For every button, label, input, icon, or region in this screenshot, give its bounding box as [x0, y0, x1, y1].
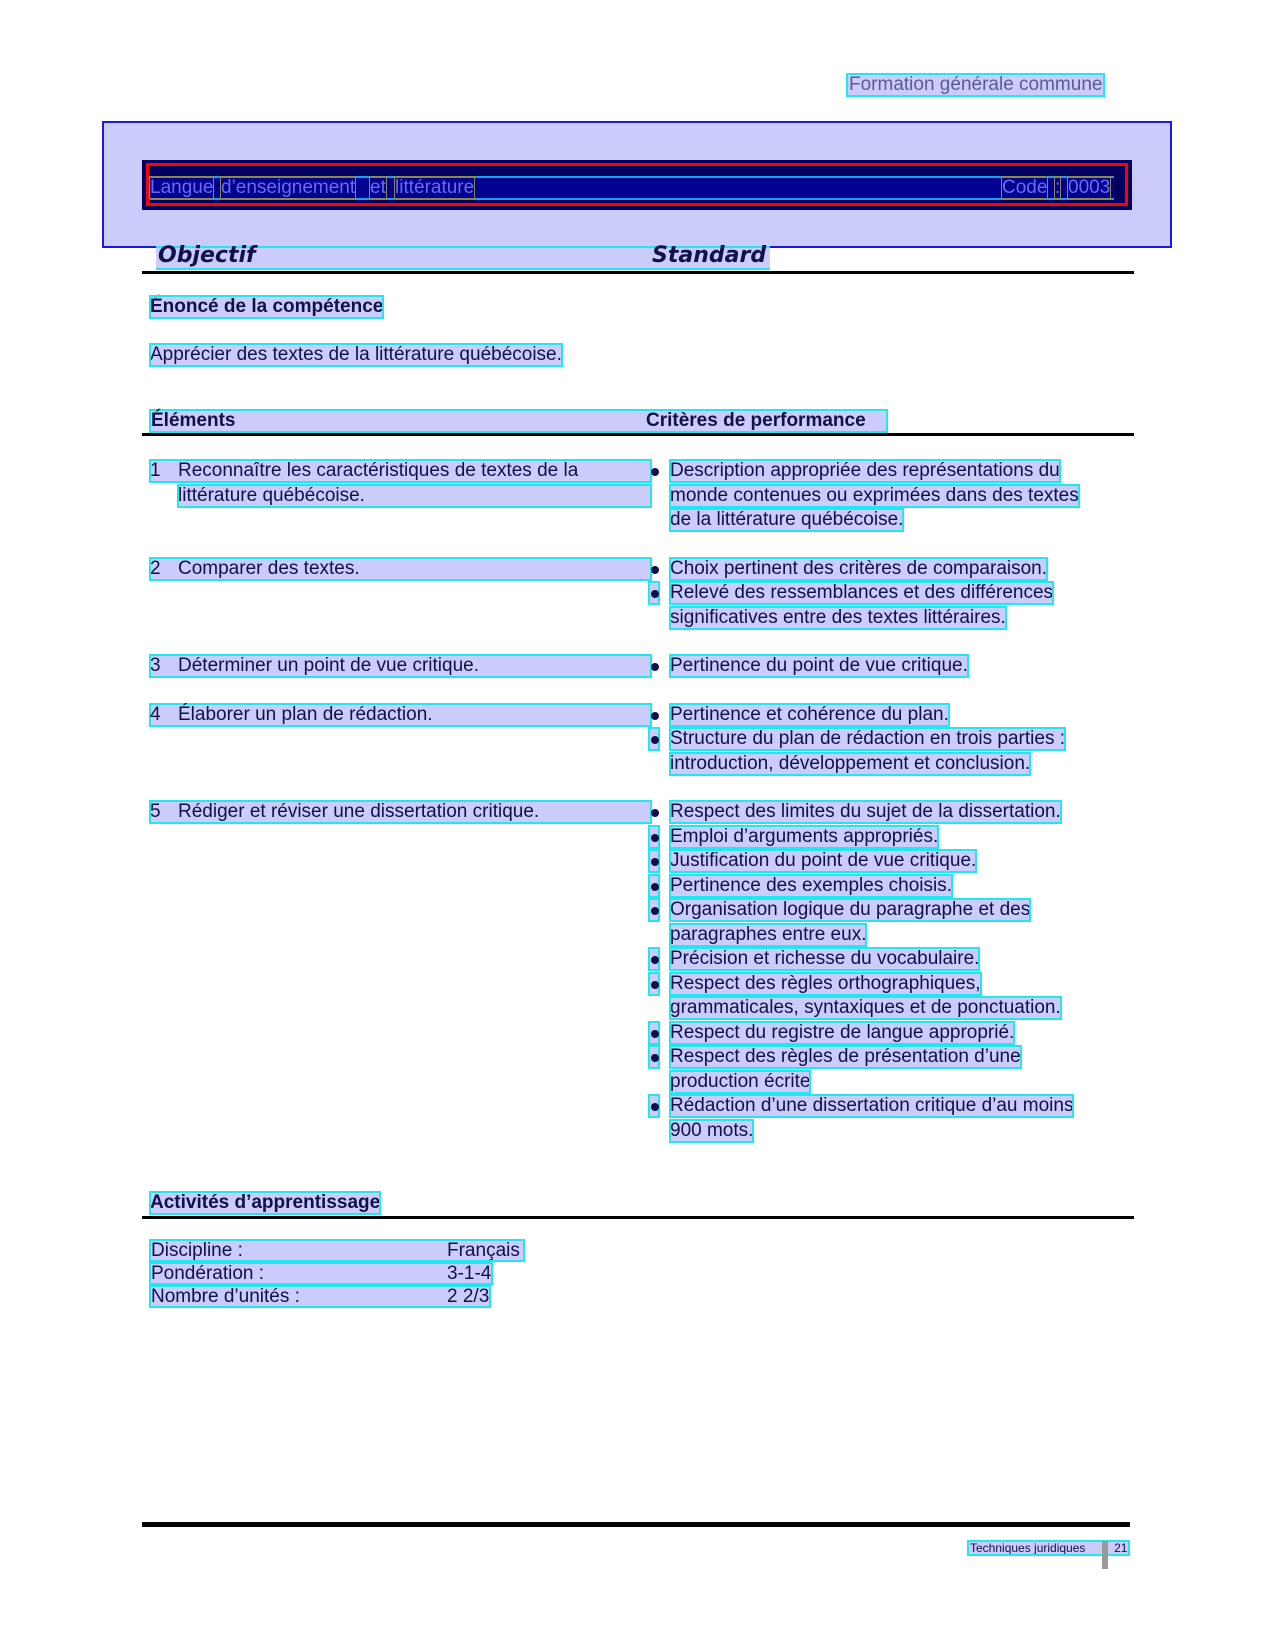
activites-label: Pondération :	[151, 1263, 264, 1284]
activites-heading: Activités d’apprentissage	[150, 1192, 380, 1214]
standard-heading: Standard	[652, 242, 766, 270]
element-number: 2	[150, 558, 161, 580]
element-text: Rédiger et réviser une dissertation crit…	[178, 801, 539, 823]
elements-heading: Éléments	[151, 410, 235, 432]
bullet-icon	[651, 590, 659, 598]
criterion-text: Choix pertinent des critères de comparai…	[670, 558, 1047, 580]
criterion-text: Relevé des ressemblances et des différen…	[670, 582, 1053, 604]
footer-program: Techniques juridiques	[970, 1541, 1085, 1555]
criterion-text: Respect du registre de langue approprié.	[670, 1022, 1014, 1044]
element-text: Reconnaître les caractéristiques de text…	[178, 460, 578, 482]
element-number: 4	[150, 704, 161, 726]
element-number: 1	[150, 460, 161, 482]
bullet-icon	[651, 712, 659, 720]
course-title-word: et	[370, 177, 386, 198]
criterion-text: significatives entre des textes littérai…	[670, 607, 1006, 629]
divider	[142, 271, 1134, 274]
criterion-text: Pertinence du point de vue critique.	[670, 655, 968, 677]
criterion-text: Pertinence et cohérence du plan.	[670, 704, 949, 726]
criteres-heading: Critères de performance	[646, 410, 866, 432]
bullet-icon	[651, 1030, 659, 1038]
course-title-word: d’enseignement	[221, 177, 355, 198]
course-code-value: 0003	[1068, 177, 1110, 198]
bullet-icon	[651, 736, 659, 744]
criterion-text: Justification du point de vue critique.	[670, 850, 976, 872]
divider	[142, 1216, 1134, 1219]
competence-text: Apprécier des textes de la littérature q…	[150, 344, 562, 366]
criterion-text: paragraphes entre eux.	[670, 924, 866, 946]
criterion-text: Respect des règles de présentation d’une	[670, 1046, 1021, 1068]
bullet-icon	[651, 1103, 659, 1111]
bullet-icon	[651, 566, 659, 574]
activites-value: 2 2/3	[447, 1286, 489, 1307]
course-title-word: littérature	[395, 177, 474, 198]
bullet-icon	[651, 468, 659, 476]
element-number: 5	[150, 801, 161, 823]
criterion-text: Respect des limites du sujet de la disse…	[670, 801, 1061, 823]
criterion-text: Description appropriée des représentatio…	[670, 460, 1060, 482]
element-text: Déterminer un point de vue critique.	[178, 655, 479, 677]
bullet-icon	[651, 883, 659, 891]
footer-marker	[1102, 1541, 1108, 1569]
footer-divider	[142, 1522, 1130, 1527]
criterion-text: grammaticales, syntaxiques et de ponctua…	[670, 997, 1061, 1019]
bullet-icon	[651, 858, 659, 866]
bullet-icon	[651, 809, 659, 817]
criterion-text: Précision et richesse du vocabulaire.	[670, 948, 979, 970]
bullet-icon	[651, 834, 659, 842]
course-code-separator: :	[1055, 177, 1060, 198]
course-code-label: Code	[1002, 177, 1047, 198]
criterion-text: Emploi d’arguments appropriés.	[670, 826, 938, 848]
course-title-word: Langue	[150, 177, 213, 198]
criterion-text: Pertinence des exemples choisis.	[670, 875, 952, 897]
activites-label: Discipline :	[151, 1240, 243, 1261]
criterion-text: Structure du plan de rédaction en trois …	[670, 728, 1065, 750]
bullet-icon	[651, 981, 659, 989]
element-text: littérature québécoise.	[178, 485, 365, 507]
footer-page-number: 21	[1114, 1541, 1127, 1555]
activites-value: 3-1-4	[447, 1263, 491, 1284]
bullet-icon	[651, 663, 659, 671]
criterion-text: 900 mots.	[670, 1120, 753, 1142]
criterion-text: monde contenues ou exprimées dans des te…	[670, 485, 1079, 507]
competence-heading: Énoncé de la compétence	[150, 296, 383, 318]
criterion-text: Respect des règles orthographiques,	[670, 973, 981, 995]
criterion-text: Organisation logique du paragraphe et de…	[670, 899, 1030, 921]
section-label: Formation générale commune	[847, 74, 1104, 96]
bullet-icon	[651, 1054, 659, 1062]
activites-value: Français	[447, 1240, 520, 1261]
activites-label: Nombre d’unités :	[151, 1286, 300, 1307]
criterion-text: production écrite	[670, 1071, 810, 1093]
bullet-icon	[651, 956, 659, 964]
element-text: Comparer des textes.	[178, 558, 360, 580]
criterion-text: de la littérature québécoise.	[670, 509, 903, 531]
element-number: 3	[150, 655, 161, 677]
element-text: Élaborer un plan de rédaction.	[178, 704, 433, 726]
divider	[142, 433, 1134, 436]
criterion-text: Rédaction d’une dissertation critique d’…	[670, 1095, 1073, 1117]
criterion-text: introduction, développement et conclusio…	[670, 753, 1030, 775]
objectif-heading: Objectif	[158, 242, 256, 270]
bullet-icon	[651, 907, 659, 915]
